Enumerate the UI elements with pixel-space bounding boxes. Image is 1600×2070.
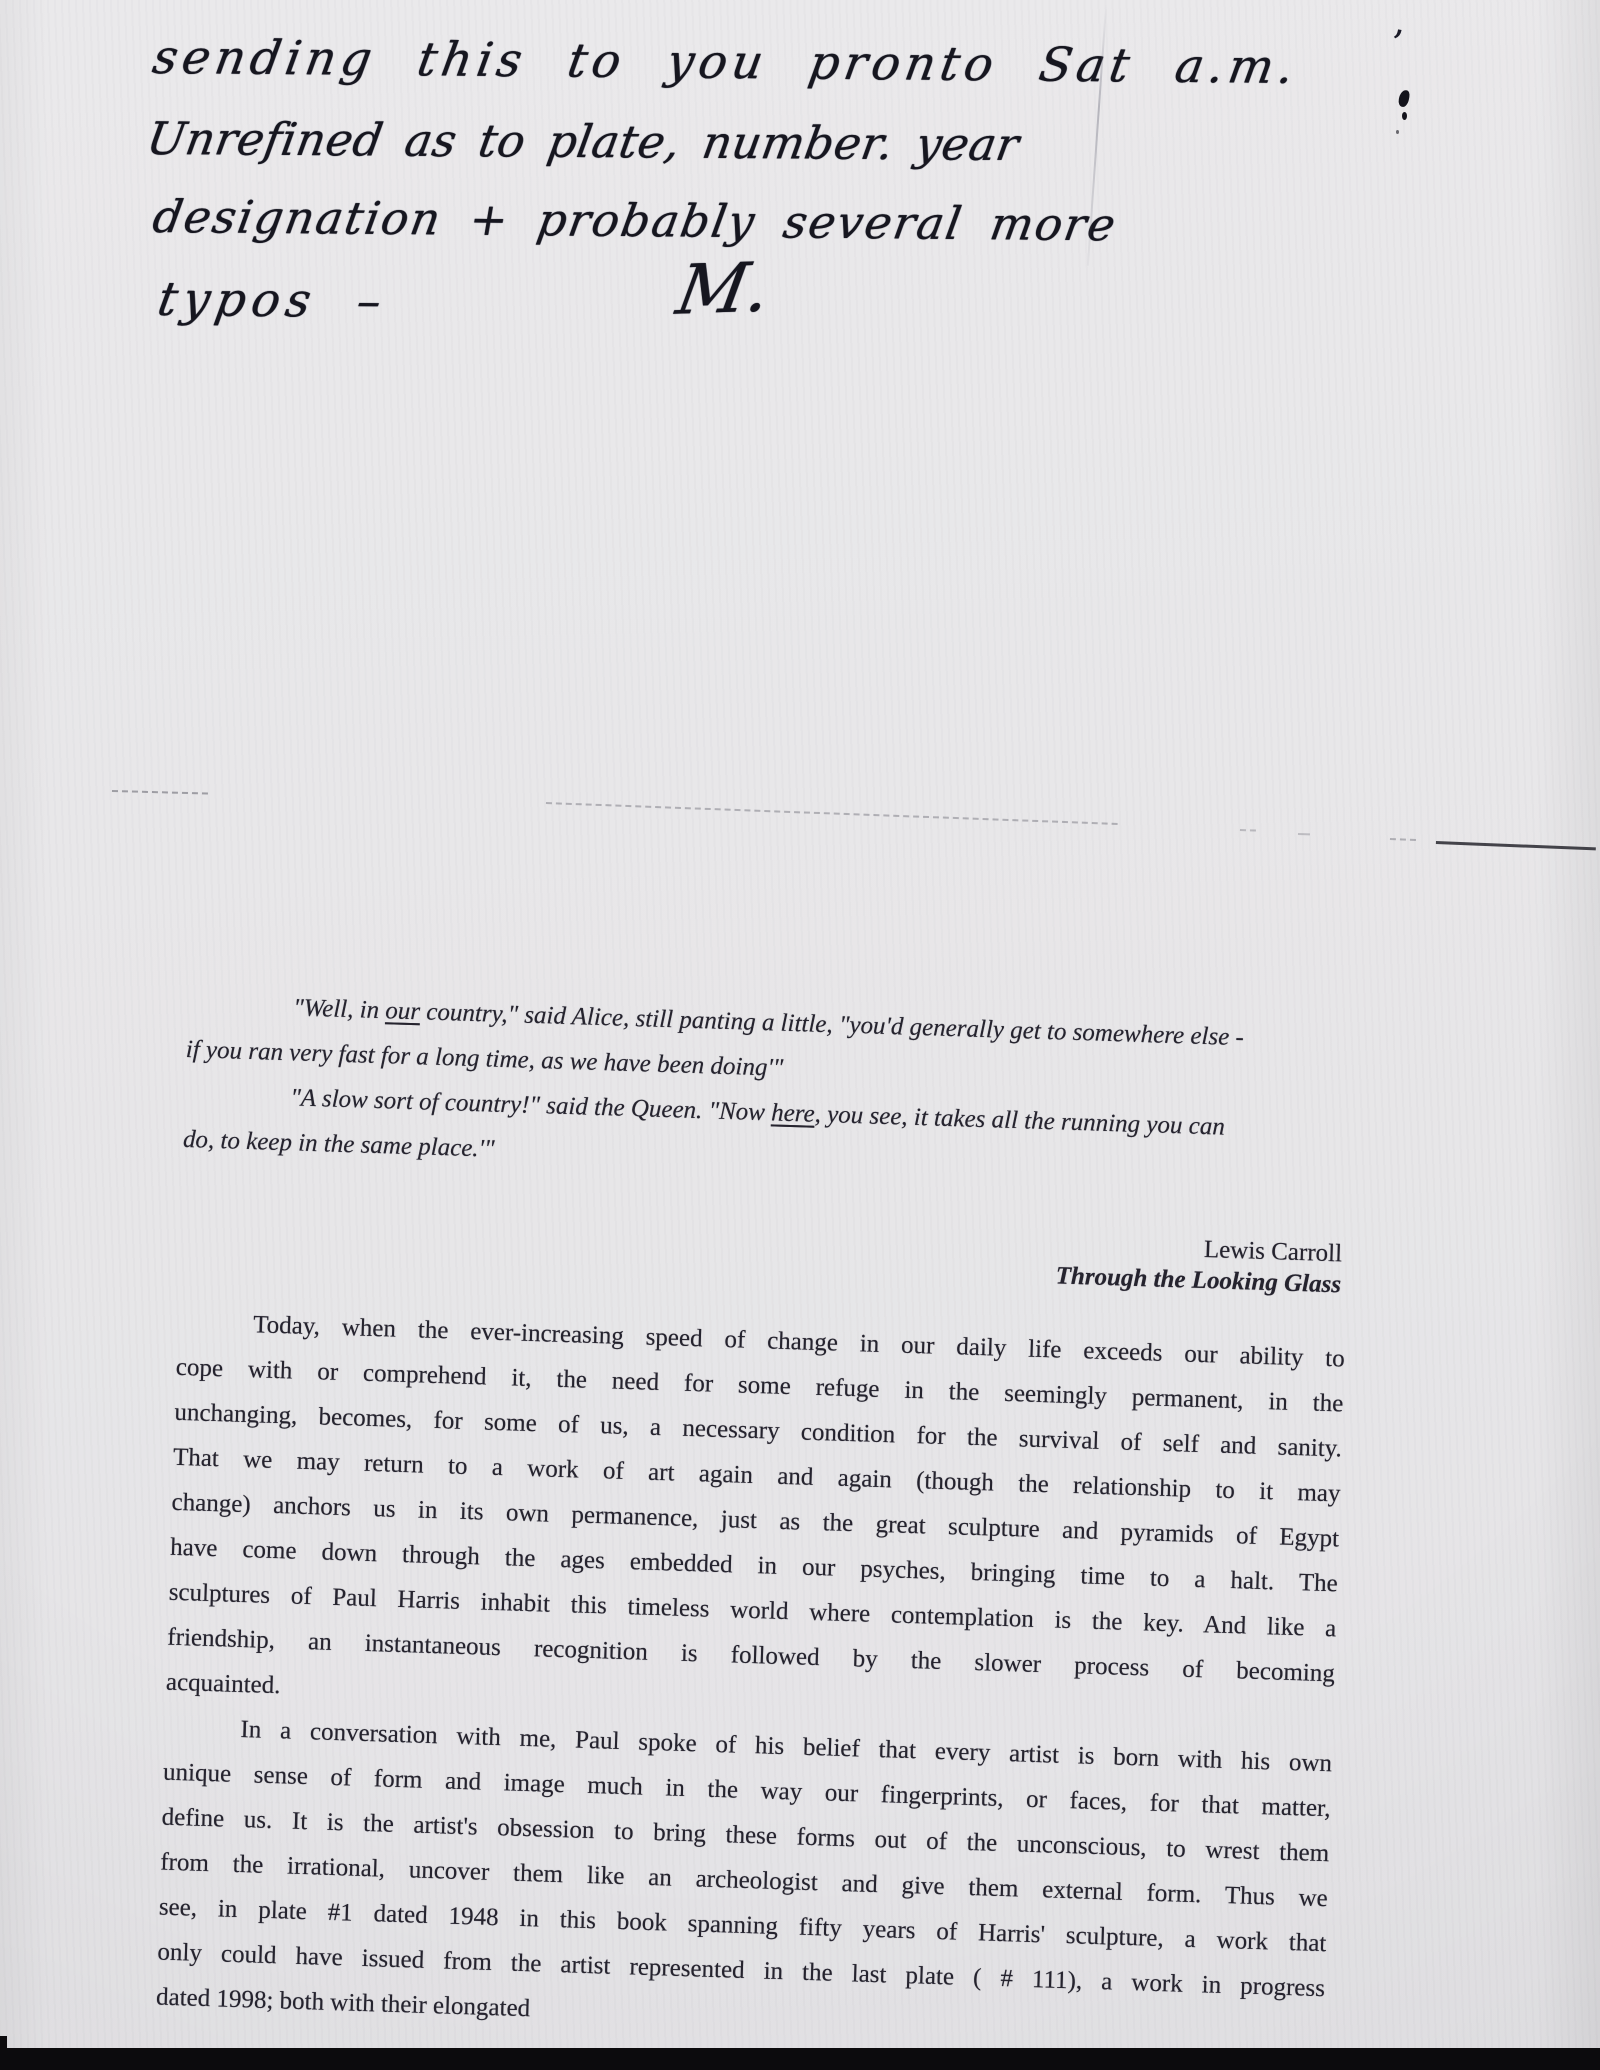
body-paragraph: Today, when the ever-increasing speed of…: [165, 1300, 1345, 1741]
quote-text: , you see, it takes all the running you …: [814, 1101, 1225, 1141]
handwriting-line: designation + probably several more: [149, 190, 1121, 251]
fold-crease-line: [546, 802, 1118, 825]
handwriting-line: Unrefined as to plate, number. year: [143, 112, 1023, 171]
underlined-word: here: [771, 1099, 815, 1127]
ink-blot: [1398, 89, 1411, 107]
quote-attribution: Lewis Carroll Through the Looking Glass: [179, 1202, 1348, 1301]
stray-pen-mark: ’: [1386, 21, 1406, 66]
quote-text: "Well, in: [293, 994, 386, 1024]
handwriting-line: sending this to you pronto Sat a.m.: [149, 30, 1303, 95]
signature: M.: [671, 248, 776, 331]
quote-block: "Well, in our country," said Alice, stil…: [182, 982, 1355, 1199]
underlined-word: our: [385, 997, 421, 1025]
fold-crease-line: [1390, 838, 1416, 841]
scan-edge-corner: [0, 2036, 7, 2070]
typeset-text-block: "Well, in our country," said Alice, stil…: [155, 982, 1355, 2056]
fold-crease-line: [1240, 829, 1256, 832]
quote-text: "A slow sort of country!" said the Queen…: [290, 1084, 772, 1126]
body-paragraph: In a conversation with me, Paul spoke of…: [155, 1705, 1332, 2057]
scan-edge-band: [0, 2048, 1600, 2070]
fold-crease-line: [1436, 841, 1596, 850]
fold-crease-line: [112, 790, 208, 795]
handwriting-line: typos –: [154, 272, 392, 329]
ink-blot: [1396, 130, 1399, 134]
ink-blot: [1402, 112, 1407, 120]
fold-crease-line: [1298, 833, 1310, 835]
scanned-letter-page: sending this to you pronto Sat a.m. Unre…: [0, 0, 1600, 2070]
